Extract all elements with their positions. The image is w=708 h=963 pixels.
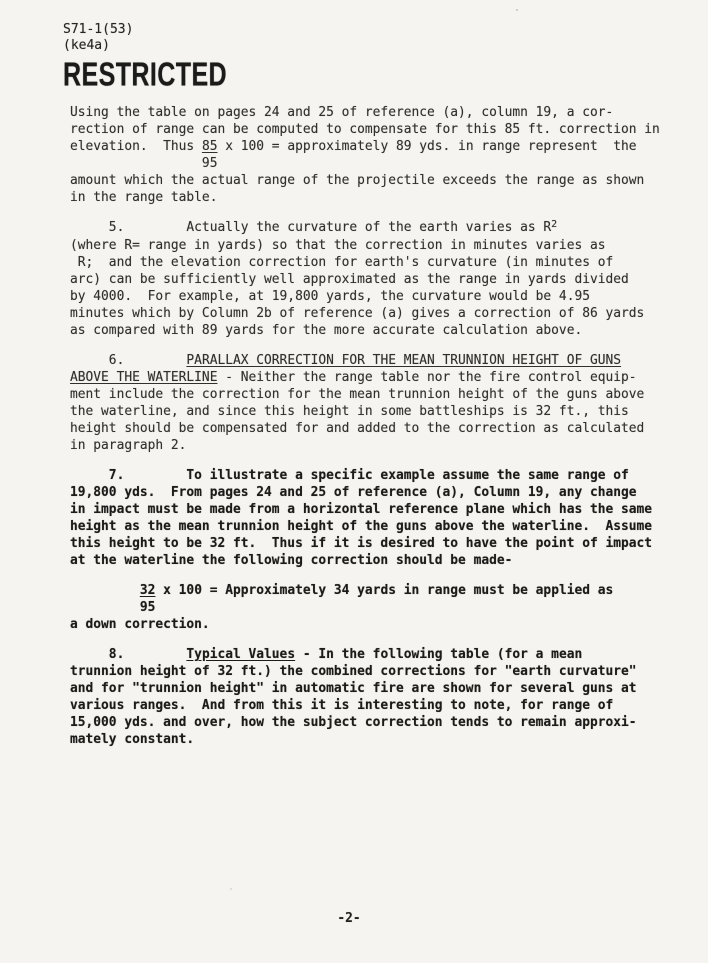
text-line: 8. Typical Values - In the following tab… bbox=[70, 646, 690, 663]
superscript-text: 2 bbox=[551, 219, 557, 230]
text-segment: - Neither the range table nor the fire c… bbox=[217, 370, 636, 385]
text-line: Using the table on pages 24 and 25 of re… bbox=[70, 104, 690, 121]
text-segment: this height to be 32 ft. Thus if it is d… bbox=[70, 536, 652, 551]
text-line: this height to be 32 ft. Thus if it is d… bbox=[70, 535, 690, 552]
text-segment: various ranges. And from this it is inte… bbox=[70, 698, 613, 713]
text-line: 5. Actually the curvature of the earth v… bbox=[70, 219, 690, 237]
text-segment: height as the mean trunnion height of th… bbox=[70, 519, 652, 534]
text-line: 7. To illustrate a specific example assu… bbox=[70, 467, 690, 484]
text-line: as compared with 89 yards for the more a… bbox=[70, 322, 690, 339]
text-segment: 15,000 yds. and over, how the subject co… bbox=[70, 715, 637, 730]
scanned-document-page: S71-1(53) (ke4a) RESTRICTED Using the ta… bbox=[0, 0, 708, 963]
text-segment: height should be compensated for and add… bbox=[70, 421, 644, 436]
text-segment: minutes which by Column 2b of reference … bbox=[70, 306, 644, 321]
text-segment: 8. bbox=[70, 647, 186, 662]
underlined-text: PARALLAX CORRECTION FOR THE MEAN TRUNNIO… bbox=[186, 353, 621, 368]
paragraph-para-4-continuation: Using the table on pages 24 and 25 of re… bbox=[70, 104, 690, 206]
text-segment: Using the table on pages 24 and 25 of re… bbox=[70, 105, 613, 120]
doc-id-line-2: (ke4a) bbox=[63, 38, 279, 54]
underlined-text: ABOVE THE WATERLINE bbox=[70, 370, 217, 385]
text-line: trunnion height of 32 ft.) the combined … bbox=[70, 663, 690, 680]
text-segment: - In the following table (for a mean bbox=[295, 647, 582, 662]
text-segment: at the waterline the following correctio… bbox=[70, 553, 512, 568]
paragraph-para-7-formula: 32 x 100 = Approximately 34 yards in ran… bbox=[70, 582, 690, 633]
text-segment: 7. To illustrate a specific example assu… bbox=[70, 468, 629, 483]
text-segment: mately constant. bbox=[70, 732, 194, 747]
text-line: rection of range can be computed to comp… bbox=[70, 121, 690, 138]
text-line: the waterline, and since this height in … bbox=[70, 403, 690, 420]
text-segment: as compared with 89 yards for the more a… bbox=[70, 323, 582, 338]
text-line: ABOVE THE WATERLINE - Neither the range … bbox=[70, 369, 690, 386]
text-line: in impact must be made from a horizontal… bbox=[70, 501, 690, 518]
text-segment: the waterline, and since this height in … bbox=[70, 404, 629, 419]
text-line: various ranges. And from this it is inte… bbox=[70, 697, 690, 714]
text-segment: (where R= range in yards) so that the co… bbox=[70, 238, 606, 253]
text-line: 95 bbox=[70, 155, 690, 172]
text-line: minutes which by Column 2b of reference … bbox=[70, 305, 690, 322]
text-line: by 4000. For example, at 19,800 yards, t… bbox=[70, 288, 690, 305]
text-segment: and for "trunnion height" in automatic f… bbox=[70, 681, 637, 696]
scan-speck bbox=[569, 586, 571, 588]
underlined-text: Typical Values bbox=[186, 647, 295, 662]
text-segment: elevation. Thus bbox=[70, 139, 202, 154]
underlined-text: 32 bbox=[140, 583, 156, 598]
text-line: and for "trunnion height" in automatic f… bbox=[70, 680, 690, 697]
paragraph-para-6: 6. PARALLAX CORRECTION FOR THE MEAN TRUN… bbox=[70, 352, 690, 454]
paragraph-para-5: 5. Actually the curvature of the earth v… bbox=[70, 219, 690, 339]
text-segment: amount which the actual range of the pro… bbox=[70, 173, 644, 188]
text-line: height should be compensated for and add… bbox=[70, 420, 690, 437]
restricted-stamp: RESTRICTED bbox=[63, 55, 227, 94]
text-line: amount which the actual range of the pro… bbox=[70, 172, 690, 189]
document-header: S71-1(53) (ke4a) RESTRICTED bbox=[63, 22, 279, 93]
text-line: 19,800 yds. From pages 24 and 25 of refe… bbox=[70, 484, 690, 501]
text-line: elevation. Thus 85 x 100 = approximately… bbox=[70, 138, 690, 155]
text-line: 15,000 yds. and over, how the subject co… bbox=[70, 714, 690, 731]
text-line: in paragraph 2. bbox=[70, 437, 690, 454]
text-segment: 19,800 yds. From pages 24 and 25 of refe… bbox=[70, 485, 637, 500]
text-line: 6. PARALLAX CORRECTION FOR THE MEAN TRUN… bbox=[70, 352, 690, 369]
text-segment: ment include the correction for the mean… bbox=[70, 387, 644, 402]
underlined-text: 85 bbox=[202, 139, 218, 154]
text-line: ment include the correction for the mean… bbox=[70, 386, 690, 403]
text-segment: rection of range can be computed to comp… bbox=[70, 122, 660, 137]
text-segment: a down correction. bbox=[70, 617, 210, 632]
text-line: 32 x 100 = Approximately 34 yards in ran… bbox=[70, 582, 690, 599]
paragraph-para-8: 8. Typical Values - In the following tab… bbox=[70, 646, 690, 748]
page-number: -2- bbox=[0, 911, 698, 926]
text-segment: trunnion height of 32 ft.) the combined … bbox=[70, 664, 637, 679]
scan-speck bbox=[516, 9, 518, 11]
text-segment: 6. bbox=[70, 353, 186, 368]
text-segment: 5. Actually the curvature of the earth v… bbox=[70, 220, 551, 235]
text-segment: arc) can be sufficiently well approximat… bbox=[70, 272, 629, 287]
text-line: at the waterline the following correctio… bbox=[70, 552, 690, 569]
paragraph-para-7: 7. To illustrate a specific example assu… bbox=[70, 467, 690, 569]
text-segment: R; and the elevation correction for eart… bbox=[70, 255, 613, 270]
text-line: 95 bbox=[70, 599, 690, 616]
document-body: Using the table on pages 24 and 25 of re… bbox=[70, 104, 690, 748]
text-segment: in the range table. bbox=[70, 190, 217, 205]
text-segment: in paragraph 2. bbox=[70, 438, 186, 453]
text-segment: in impact must be made from a horizontal… bbox=[70, 502, 652, 517]
text-line: in the range table. bbox=[70, 189, 690, 206]
text-segment: 95 bbox=[70, 156, 217, 171]
text-line: R; and the elevation correction for eart… bbox=[70, 254, 690, 271]
text-line: height as the mean trunnion height of th… bbox=[70, 518, 690, 535]
text-segment bbox=[70, 583, 140, 598]
text-segment: x 100 = approximately 89 yds. in range r… bbox=[217, 139, 636, 154]
text-segment: 95 bbox=[70, 600, 155, 615]
doc-id-line-1: S71-1(53) bbox=[63, 22, 279, 38]
text-line: arc) can be sufficiently well approximat… bbox=[70, 271, 690, 288]
text-line: a down correction. bbox=[70, 616, 690, 633]
text-line: mately constant. bbox=[70, 731, 690, 748]
scan-speck bbox=[421, 700, 423, 702]
text-segment: x 100 = Approximately 34 yards in range … bbox=[155, 583, 613, 598]
scan-speck bbox=[230, 888, 232, 890]
text-segment: by 4000. For example, at 19,800 yards, t… bbox=[70, 289, 590, 304]
text-line: (where R= range in yards) so that the co… bbox=[70, 237, 690, 254]
